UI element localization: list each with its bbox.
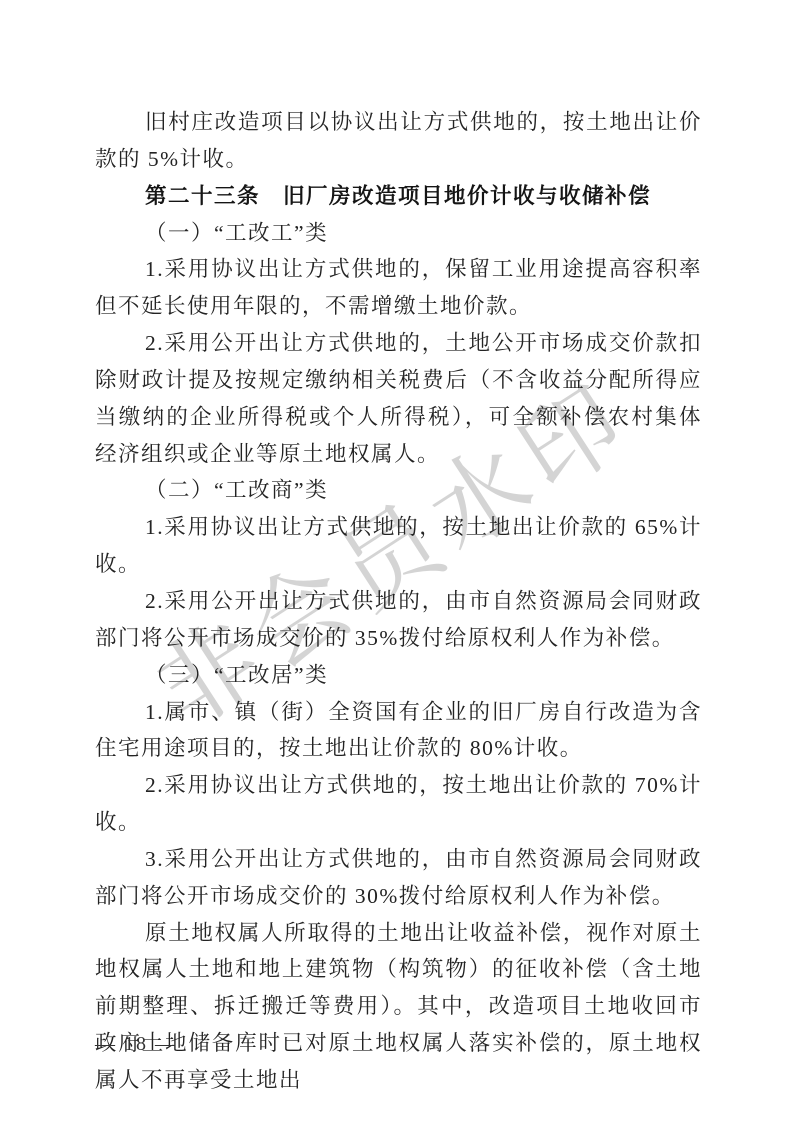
paragraph: 3.采用公开出让方式供地的，由市自然资源局会同财政部门将公开市场成交价的 30%… xyxy=(95,841,702,915)
page-footer: — 18 — xyxy=(95,1033,177,1056)
paragraph: 原土地权属人所取得的土地出让收益补偿，视作对原土地权属人土地和地上建筑物（构筑物… xyxy=(95,915,702,1099)
paragraph: 2.采用公开出让方式供地的，土地公开市场成交价款扣除财政计提及按规定缴纳相关税费… xyxy=(95,325,702,472)
paragraph: 1.采用协议出让方式供地的，按土地出让价款的 65%计收。 xyxy=(95,509,702,583)
paragraph: 1.采用协议出让方式供地的，保留工业用途提高容积率但不延长使用年限的，不需增缴土… xyxy=(95,251,702,325)
paragraph: 2.采用协议出让方式供地的，按土地出让价款的 70%计收。 xyxy=(95,767,702,841)
paragraph: （一）“工改工”类 xyxy=(95,215,702,252)
article-heading: 第二十三条 旧厂房改造项目地价计收与收储补偿 xyxy=(95,178,702,215)
paragraph: 1.属市、镇（街）全资国有企业的旧厂房自行改造为含住宅用途项目的，按土地出让价款… xyxy=(95,694,702,768)
document-page: 非会员水印 旧村庄改造项目以协议出让方式供地的，按土地出让价款的 5%计收。第二… xyxy=(0,0,794,1123)
document-body: 旧村庄改造项目以协议出让方式供地的，按土地出让价款的 5%计收。第二十三条 旧厂… xyxy=(95,104,702,1099)
paragraph: （三）“工改居”类 xyxy=(95,657,702,694)
paragraph: 旧村庄改造项目以协议出让方式供地的，按土地出让价款的 5%计收。 xyxy=(95,104,702,178)
paragraph: 2.采用公开出让方式供地的，由市自然资源局会同财政部门将公开市场成交价的 35%… xyxy=(95,583,702,657)
page-number: — 18 — xyxy=(95,1033,177,1055)
paragraph: （二）“工改商”类 xyxy=(95,472,702,509)
